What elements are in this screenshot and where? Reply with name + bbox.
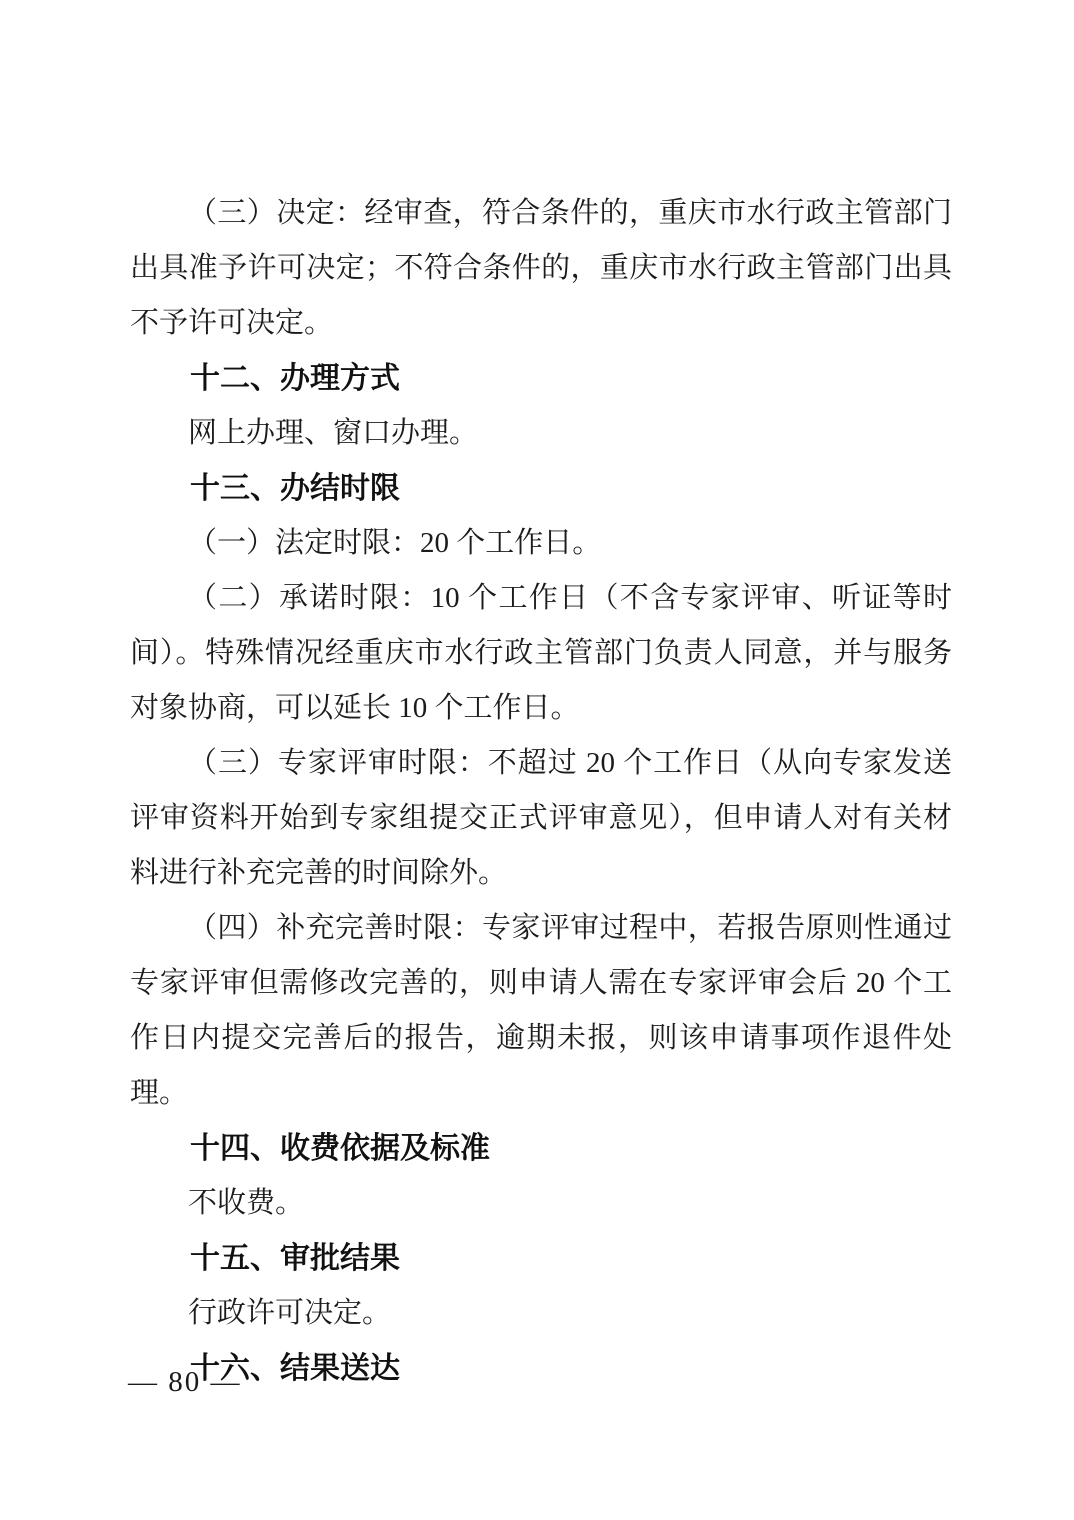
paragraph-buchong-wanshan-shixian: （四）补充完善时限：专家评审过程中，若报告原则性通过专家评审但需修改完善的，则申… — [130, 901, 952, 1121]
paragraph-fading-shixian: （一）法定时限：20 个工作日。 — [130, 516, 952, 571]
document-page: （三）决定：经审查，符合条件的，重庆市水行政主管部门出具准予许可决定；不符合条件… — [0, 0, 1074, 1520]
section-heading-16-jieguo-songda: 十六、结果送达 — [130, 1341, 952, 1396]
document-content: （三）决定：经审查，符合条件的，重庆市水行政主管部门出具准予许可决定；不符合条件… — [130, 186, 952, 1396]
paragraph-chengnuo-shixian: （二）承诺时限：10 个工作日（不含专家评审、听证等时间）。特殊情况经重庆市水行… — [130, 571, 952, 736]
page-footer: — 80 — — [128, 1364, 242, 1400]
section-heading-14-shoufei: 十四、收费依据及标准 — [130, 1121, 952, 1176]
section-heading-12-banli-fangshi: 十二、办理方式 — [130, 351, 952, 406]
paragraph-bushoufei: 不收费。 — [130, 1176, 952, 1231]
section-heading-15-shenpi-jieguo: 十五、审批结果 — [130, 1231, 952, 1286]
section-heading-13-banjie-shixian: 十三、办结时限 — [130, 461, 952, 516]
paragraph-decision: （三）决定：经审查，符合条件的，重庆市水行政主管部门出具准予许可决定；不符合条件… — [130, 186, 952, 351]
paragraph-xingzheng-xuke: 行政许可决定。 — [130, 1286, 952, 1341]
paragraph-zhuanjia-pingshen-shixian: （三）专家评审时限：不超过 20 个工作日（从向专家发送评审资料开始到专家组提交… — [130, 736, 952, 901]
paragraph-banli-fangshi: 网上办理、窗口办理。 — [130, 406, 952, 461]
page-number: — 80 — — [128, 1366, 242, 1398]
